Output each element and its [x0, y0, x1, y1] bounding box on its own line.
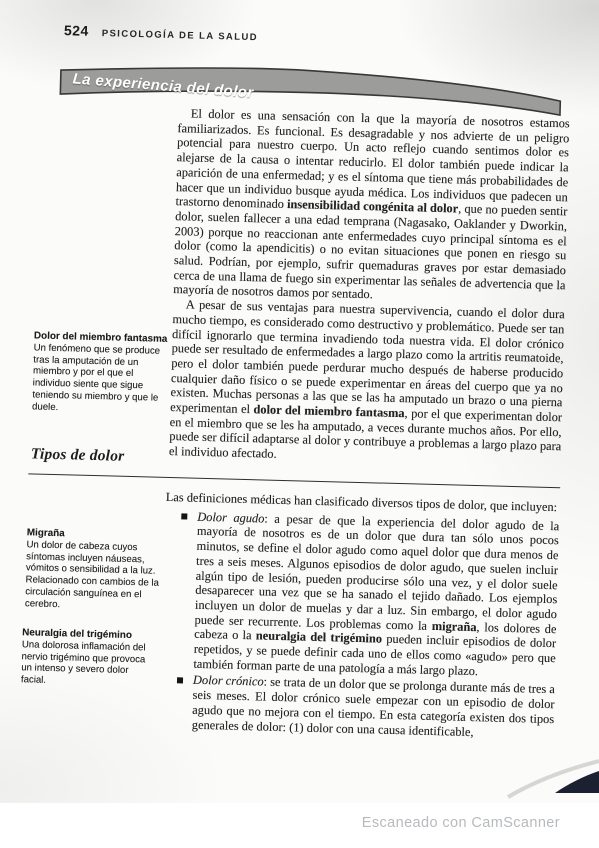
intro-paragraph-2: A pesar de sus ventajas para nuestra sup… [169, 297, 565, 469]
scan-photo-area: 524 PSICOLOGÍA DE LA SALUD La experienci… [0, 0, 599, 803]
section-rule [28, 473, 560, 488]
list-item-chronic-pain: Dolor crónico: se trata de un dolor que … [160, 672, 555, 741]
list-item-text: Dolor agudo: a pesar de que la experienc… [193, 509, 559, 677]
margin-note-trigeminal-neuralgia: Neuralgia del trigémino Una dolorosa inf… [21, 627, 156, 689]
margin-note-definition: Una dolorosa inflamación del nervio trig… [21, 639, 156, 690]
square-bullet-icon [181, 514, 187, 520]
pain-types-list: Dolor agudo: a pesar de que la experienc… [160, 509, 560, 742]
list-item-text: Dolor crónico: se trata de un dolor que … [192, 673, 555, 738]
camscanner-watermark: Escaneado con CamScanner [362, 815, 560, 831]
running-head: 524 PSICOLOGÍA DE LA SALUD [64, 22, 258, 43]
margin-note-phantom-limb: Dolor del miembro fantasma Un fenómeno q… [32, 330, 168, 416]
intro-text-column: El dolor es una sensación con la que la … [169, 106, 570, 469]
section-heading: Tipos de dolor [31, 445, 125, 465]
page-corner-wedge [500, 755, 599, 800]
pain-types-column: Las definiciones médicas han clasificado… [160, 490, 560, 741]
list-item-acute-pain: Dolor agudo: a pesar de que la experienc… [161, 509, 559, 681]
margin-note-definition: Un dolor de cabeza cuyos síntomas incluy… [25, 539, 161, 613]
page-number: 524 [64, 22, 89, 39]
intro-paragraph-1: El dolor es una sensación con la que la … [173, 106, 570, 307]
running-head-title: PSICOLOGÍA DE LA SALUD [102, 28, 258, 43]
page-content: 524 PSICOLOGÍA DE LA SALUD La experienci… [0, 0, 599, 817]
margin-note-definition: Un fenómeno que se produce tras la amput… [32, 342, 168, 416]
square-bullet-icon [177, 677, 183, 683]
margin-note-migraine: Migraña Un dolor de cabeza cuyos síntoma… [25, 527, 161, 613]
camscanner-bar: Escaneado con CamScanner [0, 803, 599, 848]
scanned-book-page: 524 PSICOLOGÍA DE LA SALUD La experienci… [0, 0, 599, 848]
